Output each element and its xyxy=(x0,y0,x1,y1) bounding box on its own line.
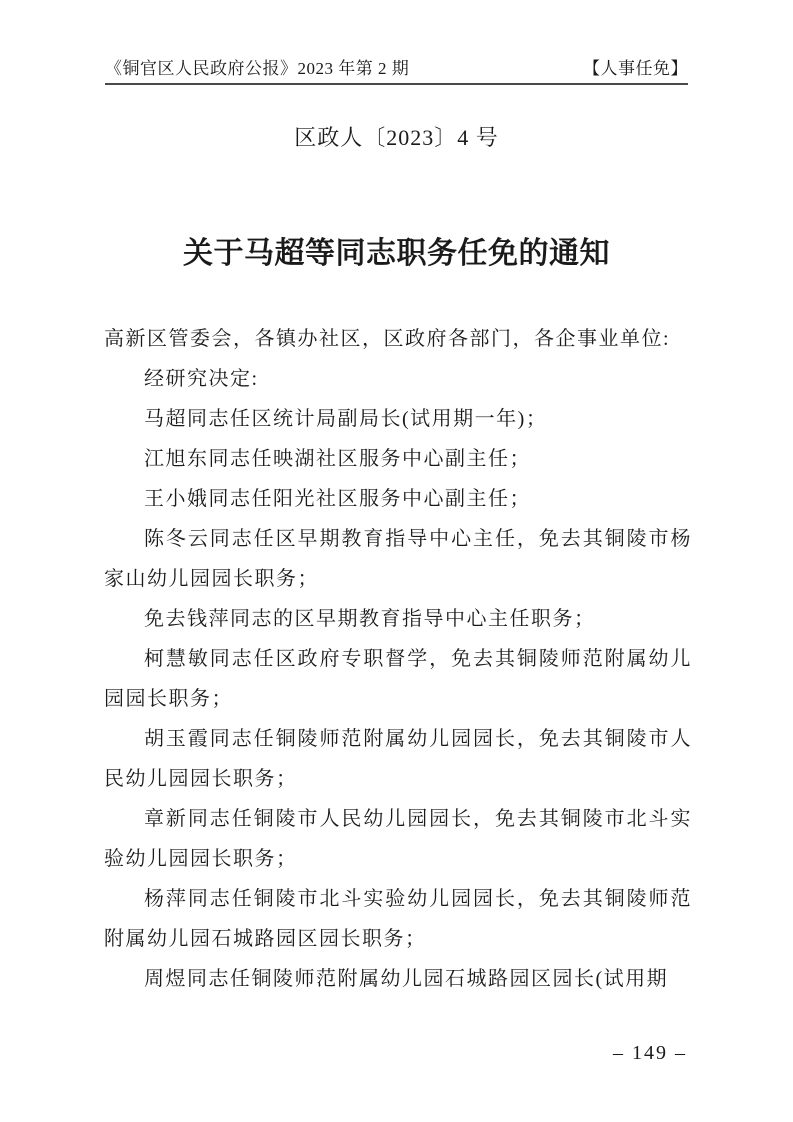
document-reference-number: 区政人〔2023〕4 号 xyxy=(0,126,793,150)
body-paragraph: 周煜同志任铜陵师范附属幼儿园石城路园区园长(试用期 xyxy=(104,959,692,999)
addressee-line: 高新区管委会，各镇办社区，区政府各部门，各企事业单位: xyxy=(104,319,692,359)
body-paragraph: 柯慧敏同志任区政府专职督学，免去其铜陵师范附属幼儿园园长职务； xyxy=(104,639,692,719)
body-paragraph: 江旭东同志任映湖社区服务中心副主任； xyxy=(104,439,692,479)
body-paragraph: 陈冬云同志任区早期教育指导中心主任，免去其铜陵市杨家山幼儿园园长职务； xyxy=(104,519,692,599)
body-paragraphs: 经研究决定:马超同志任区统计局副局长(试用期一年)；江旭东同志任映湖社区服务中心… xyxy=(104,359,692,999)
page-header: 《铜官区人民政府公报》2023 年第 2 期 【人事任免】 xyxy=(105,58,688,85)
body-paragraph: 胡玉霞同志任铜陵师范附属幼儿园园长，免去其铜陵市人民幼儿园园长职务； xyxy=(104,719,692,799)
body-paragraph: 经研究决定: xyxy=(104,359,692,399)
notice-title: 关于马超等同志职务任免的通知 xyxy=(0,236,793,272)
notice-body: 高新区管委会，各镇办社区，区政府各部门，各企事业单位: 经研究决定:马超同志任区… xyxy=(104,319,692,999)
body-paragraph: 章新同志任铜陵市人民幼儿园园长，免去其铜陵市北斗实验幼儿园园长职务； xyxy=(104,799,692,879)
gazette-issue-label: 《铜官区人民政府公报》2023 年第 2 期 xyxy=(105,58,409,80)
body-paragraph: 王小娥同志任阳光社区服务中心副主任； xyxy=(104,479,692,519)
body-paragraph: 杨萍同志任铜陵市北斗实验幼儿园园长，免去其铜陵师范附属幼儿园石城路园区园长职务； xyxy=(104,879,692,959)
section-label: 【人事任免】 xyxy=(583,58,688,80)
page-number: – 149 – xyxy=(613,1043,687,1063)
body-paragraph: 免去钱萍同志的区早期教育指导中心主任职务； xyxy=(104,599,692,639)
body-paragraph: 马超同志任区统计局副局长(试用期一年)； xyxy=(104,399,692,439)
gazette-page: 《铜官区人民政府公报》2023 年第 2 期 【人事任免】 区政人〔2023〕4… xyxy=(0,0,793,1122)
